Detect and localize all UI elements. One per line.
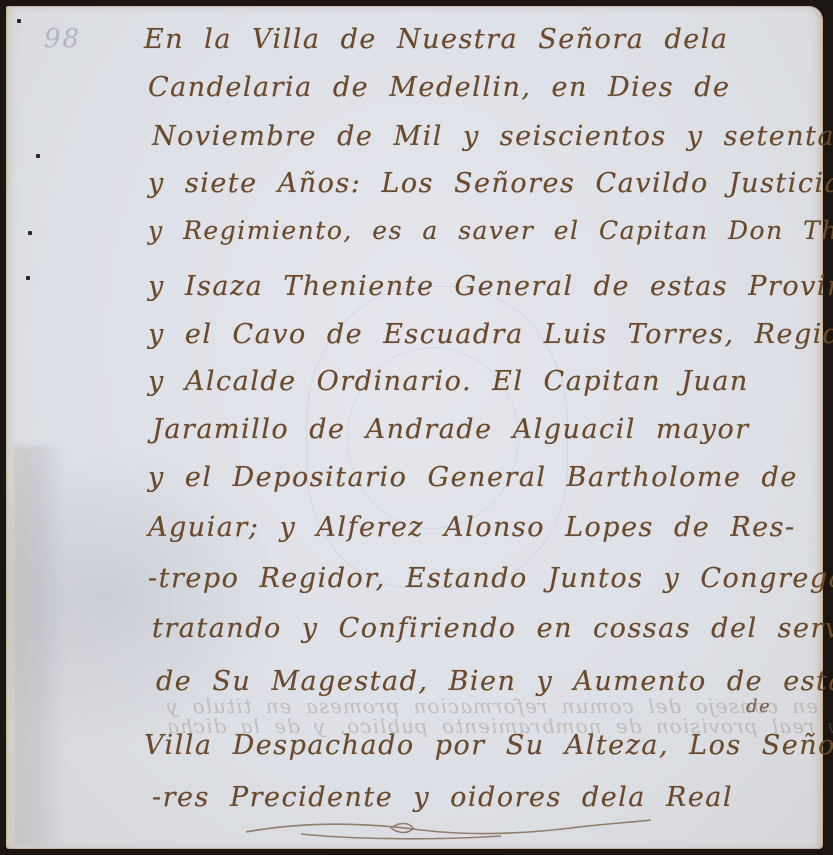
manuscript-line: Candelaria de Medellin, en Dies de [148, 72, 730, 103]
ink-spot [28, 231, 32, 235]
manuscript-line: -trepo Regidor, Estando Juntos y Congreg… [148, 563, 833, 594]
water-stain [14, 446, 64, 846]
closing-flourish-icon [241, 814, 661, 844]
ink-spot [17, 19, 21, 23]
manuscript-line: Jaramillo de Andrade Alguacil mayor [152, 414, 750, 445]
folio-number: 98 [44, 24, 81, 54]
manuscript-line: En la Villa de Nuestra Señora dela [144, 24, 728, 55]
manuscript-line: -res Precidente y oidores dela Real [152, 782, 733, 813]
manuscript-line: de Su Magestad, Bien y Aumento de esta V… [156, 666, 833, 697]
manuscript-line: y Regimiento, es a saver el Capitan Don … [148, 216, 833, 245]
manuscript-line: Villa Despachado por Su Alteza, Los Seño… [144, 730, 833, 761]
manuscript-line: y el Cavo de Escuadra Luis Torres, Regid… [148, 319, 833, 350]
manuscript-line: Noviembre de Mil y seiscientos y setenta [152, 121, 833, 152]
manuscript-line: Aguiar; y Alferez Alonso Lopes de Res- [148, 512, 796, 543]
ink-spot [26, 276, 30, 280]
interlinear-note: de [746, 696, 771, 717]
manuscript-line: y Alcalde Ordinario. El Capitan Juan [148, 366, 749, 397]
manuscript-line: y Isaza Theniente General de estas Provi… [148, 271, 833, 302]
manuscript-line: y el Depositario General Bartholome de [148, 462, 798, 493]
ink-spot [36, 154, 40, 158]
manuscript-line: tratando y Confiriendo en cossas del ser… [152, 613, 833, 644]
manuscript-line: y siete Años: Los Señores Cavildo Justic… [148, 168, 833, 199]
manuscript-page: 98 En la Villa de Nuestra Señora dela Ca… [6, 6, 823, 849]
